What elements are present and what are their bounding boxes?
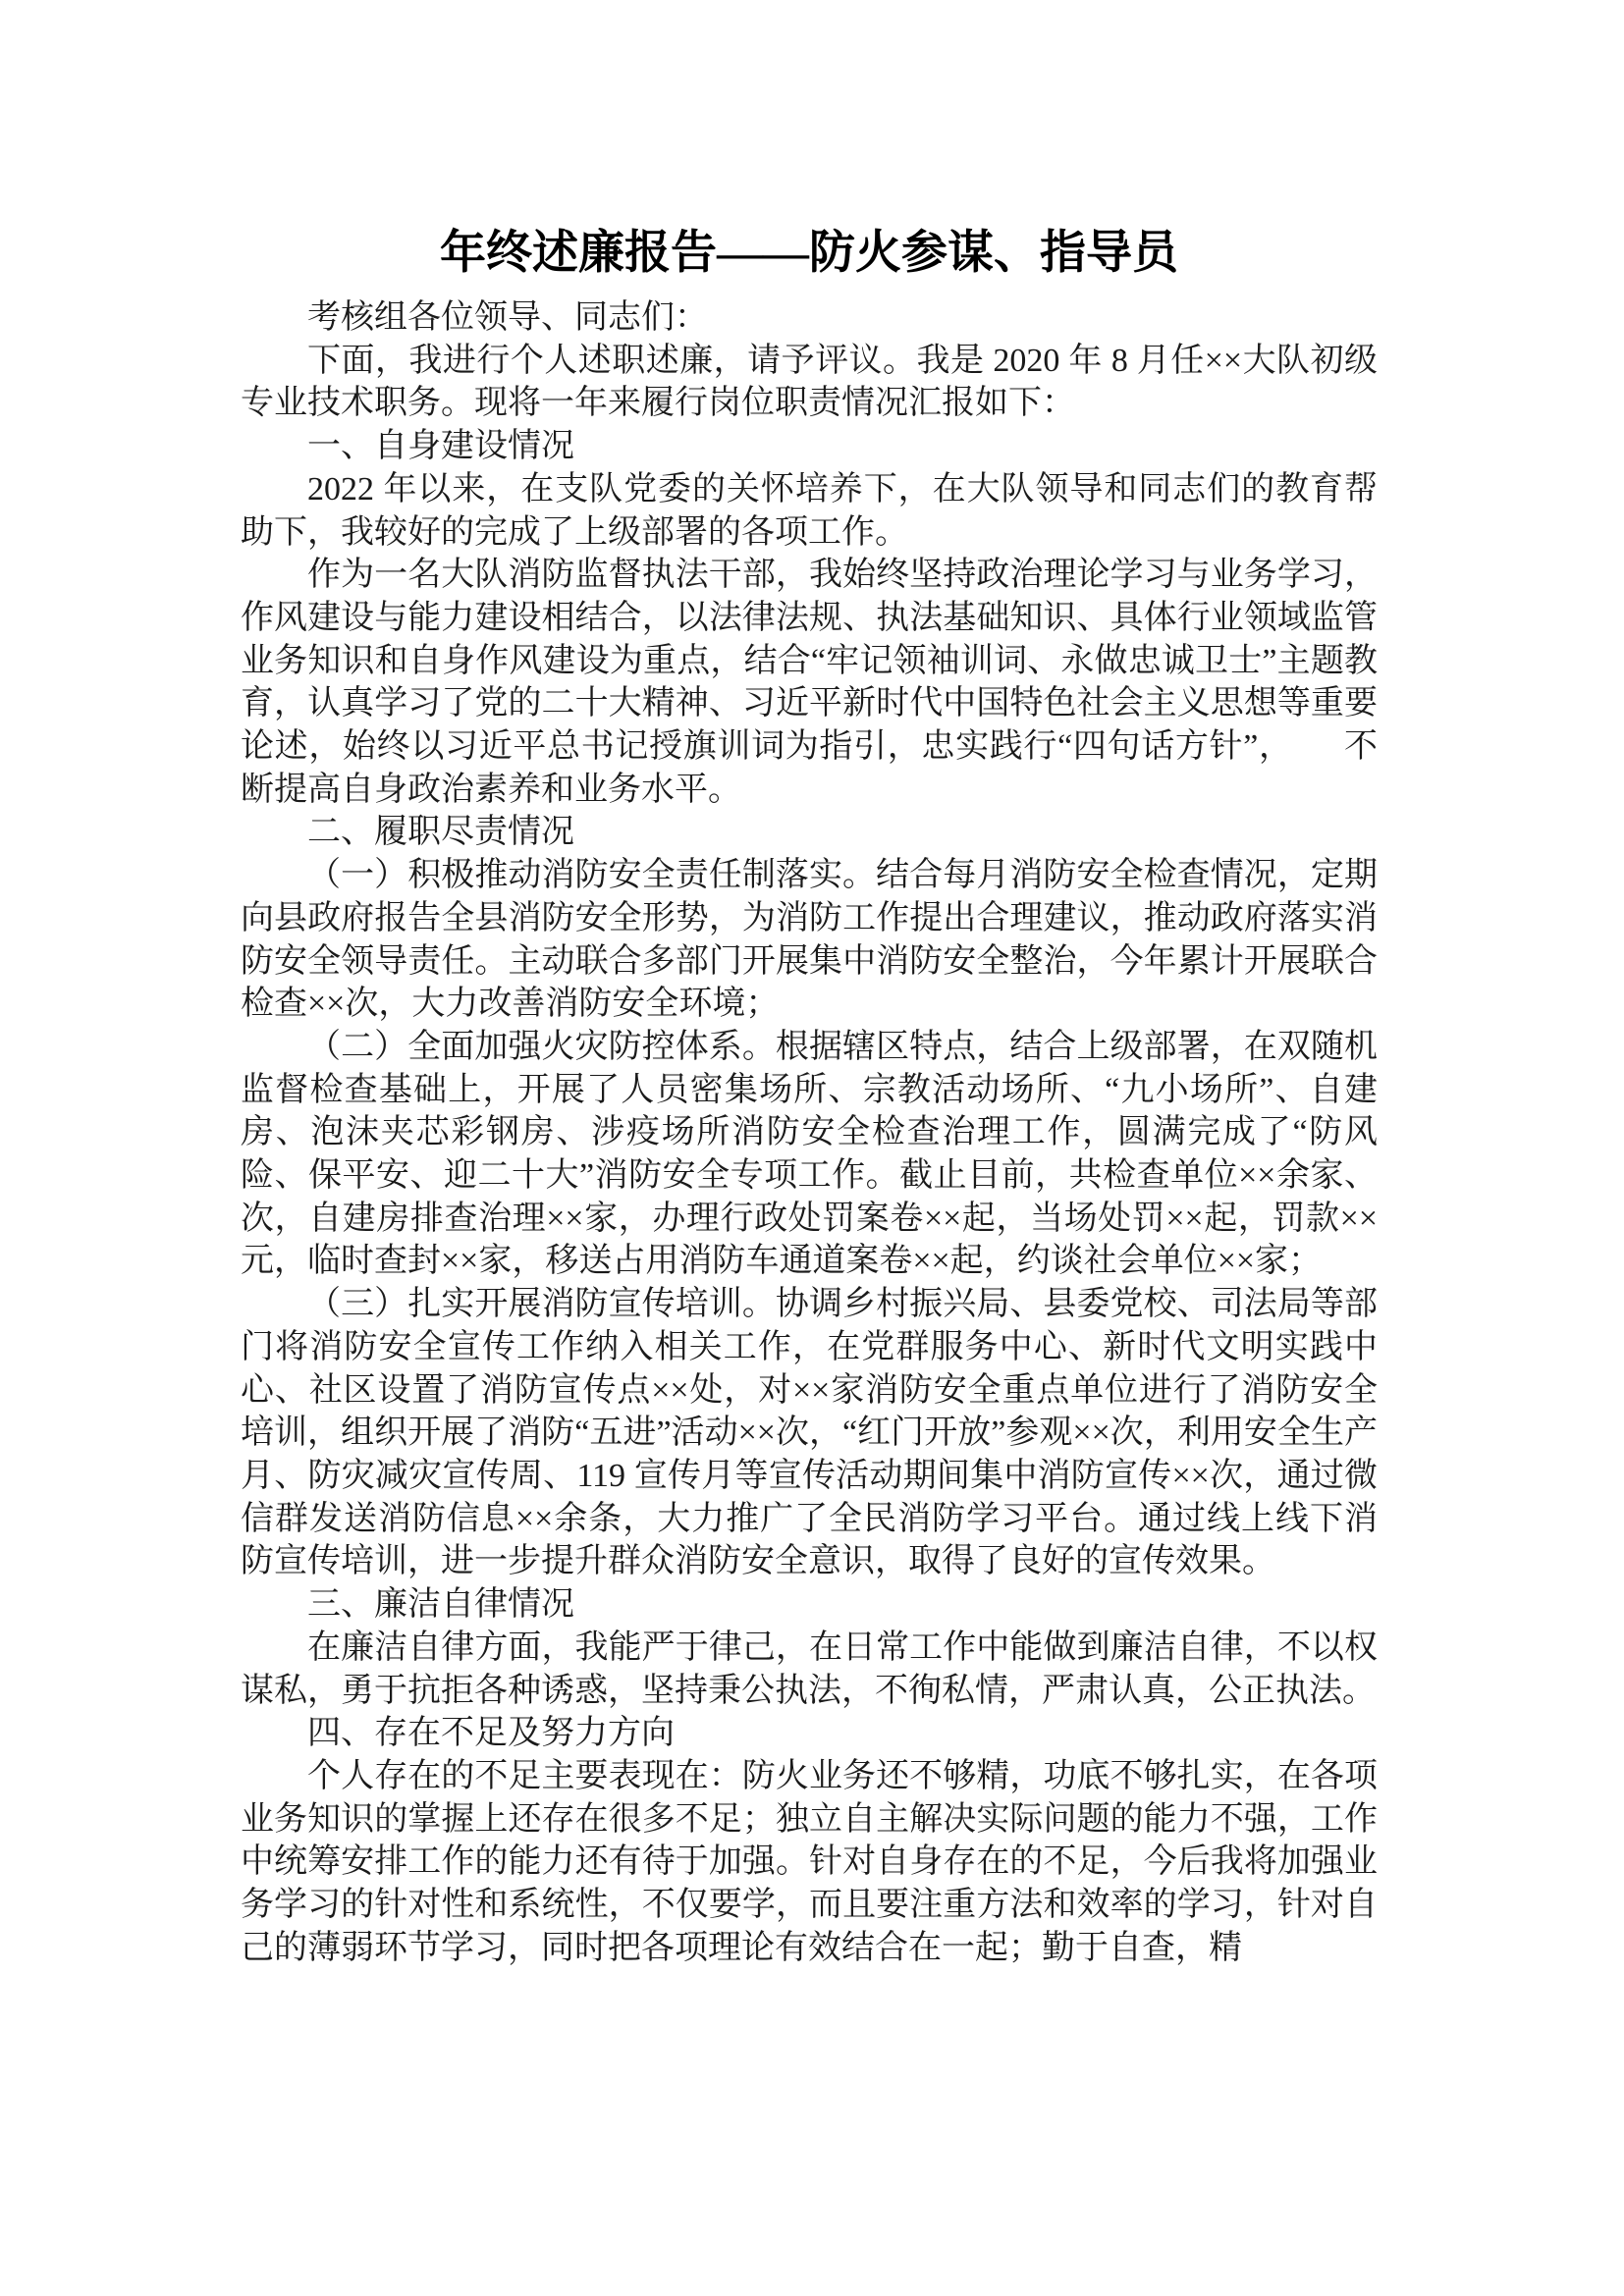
section-heading-4: 四、存在不足及努力方向 (241, 1712, 1378, 1755)
section-heading-2: 二、履职尽责情况 (241, 811, 1378, 854)
paragraph-body: 个人存在的不足主要表现在：防火业务还不够精，功底不够扎实，在各项业务知识的掌握上… (241, 1755, 1378, 1970)
paragraph-body: 2022 年以来，在支队党委的关怀培养下，在大队领导和同志们的教育帮助下，我较好… (241, 468, 1378, 554)
paragraph-salutation: 考核组各位领导、同志们： (241, 296, 1378, 340)
document-title: 年终述廉报告——防火参谋、指导员 (241, 222, 1378, 285)
section-heading-3: 三、廉洁自律情况 (241, 1583, 1378, 1627)
document-page: 年终述廉报告——防火参谋、指导员 考核组各位领导、同志们： 下面，我进行个人述职… (0, 0, 1624, 2296)
paragraph-body: （二）全面加强火灾防控体系。根据辖区特点，结合上级部署，在双随机监督检查基础上，… (241, 1026, 1378, 1283)
document-content: 年终述廉报告——防火参谋、指导员 考核组各位领导、同志们： 下面，我进行个人述职… (241, 222, 1378, 1969)
paragraph-intro: 下面，我进行个人述职述廉，请予评议。我是 2020 年 8 月任××大队初级专业… (241, 340, 1378, 425)
paragraph-body: （一）积极推动消防安全责任制落实。结合每月消防安全检查情况，定期向县政府报告全县… (241, 854, 1378, 1026)
section-heading-1: 一、自身建设情况 (241, 425, 1378, 468)
paragraph-body: （三）扎实开展消防宣传培训。协调乡村振兴局、县委党校、司法局等部门将消防安全宣传… (241, 1283, 1378, 1583)
paragraph-body: 在廉洁自律方面，我能严于律己，在日常工作中能做到廉洁自律，不以权谋私，勇于抗拒各… (241, 1627, 1378, 1712)
paragraph-body: 作为一名大队消防监督执法干部，我始终坚持政治理论学习与业务学习，作风建设与能力建… (241, 554, 1378, 811)
